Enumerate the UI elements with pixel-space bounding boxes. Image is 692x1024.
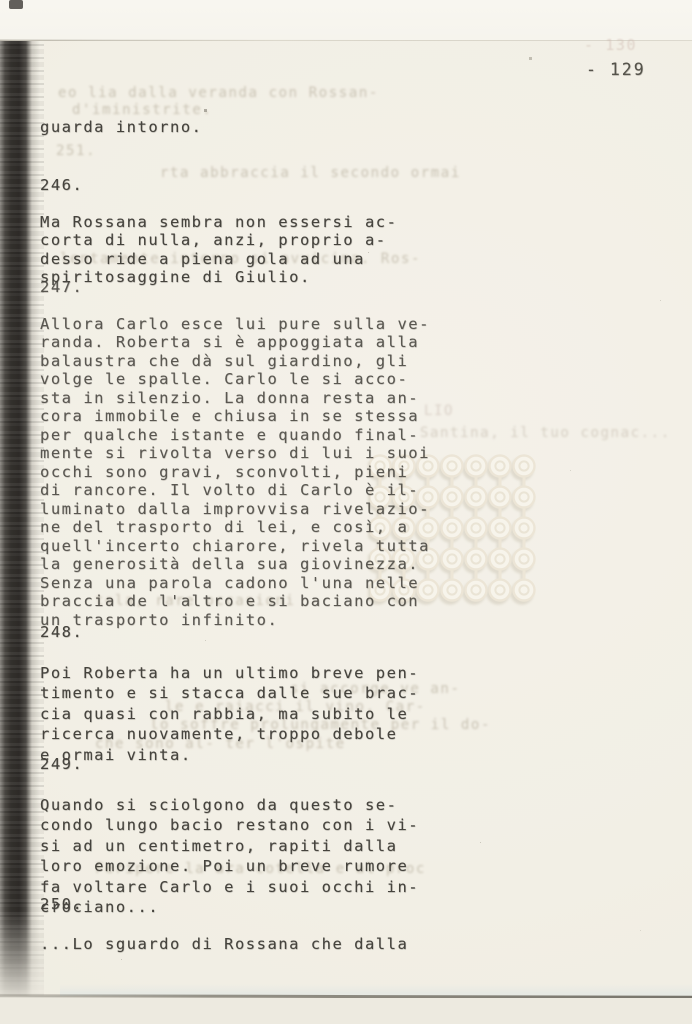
scan-corner-mark <box>9 0 23 9</box>
scan-speckles <box>0 41 1 42</box>
scene-paragraph-247: 247. Allora Carlo esce lui pure sulla ve… <box>40 259 430 648</box>
scanner-backing-bottom <box>0 998 692 1024</box>
binding-shadow-edge <box>0 41 44 996</box>
scanner-backing-top <box>0 0 692 40</box>
scene-text: Allora Carlo esce lui pure sulla ve- ran… <box>40 315 430 630</box>
scanned-document-screenshot: { "page": { "number": "- 129", "ghost_nu… <box>0 0 692 1024</box>
scene-paragraph-250: 250. ...Lo sguardo di Rossana che dalla <box>40 874 408 974</box>
page-number: - 129 <box>586 60 646 80</box>
bleedthrough-line: eo lia dalla veranda con Rossan- <box>58 86 379 100</box>
document-page: - 130 - 129 eo lia dalla veranda con Ros… <box>0 41 692 996</box>
carryover-line: guarda intorno. <box>40 118 202 137</box>
bleedthrough-line: 251. <box>56 144 96 158</box>
scene-text: ...Lo sguardo di Rossana che dalla <box>40 934 408 954</box>
binding-edge-fade <box>0 911 44 996</box>
bleedthrough-line: Santina, il tuo cognac... <box>420 426 671 440</box>
scene-number: 246. <box>40 176 397 195</box>
scene-number: 249. <box>40 754 419 775</box>
scene-number: 250. <box>40 894 408 914</box>
bleedthrough-line: d'iministrite. <box>72 103 212 117</box>
bleedthrough-page-number: - 130 <box>584 38 637 52</box>
scene-number: 248. <box>40 622 419 643</box>
scene-number: 247. <box>40 278 430 297</box>
